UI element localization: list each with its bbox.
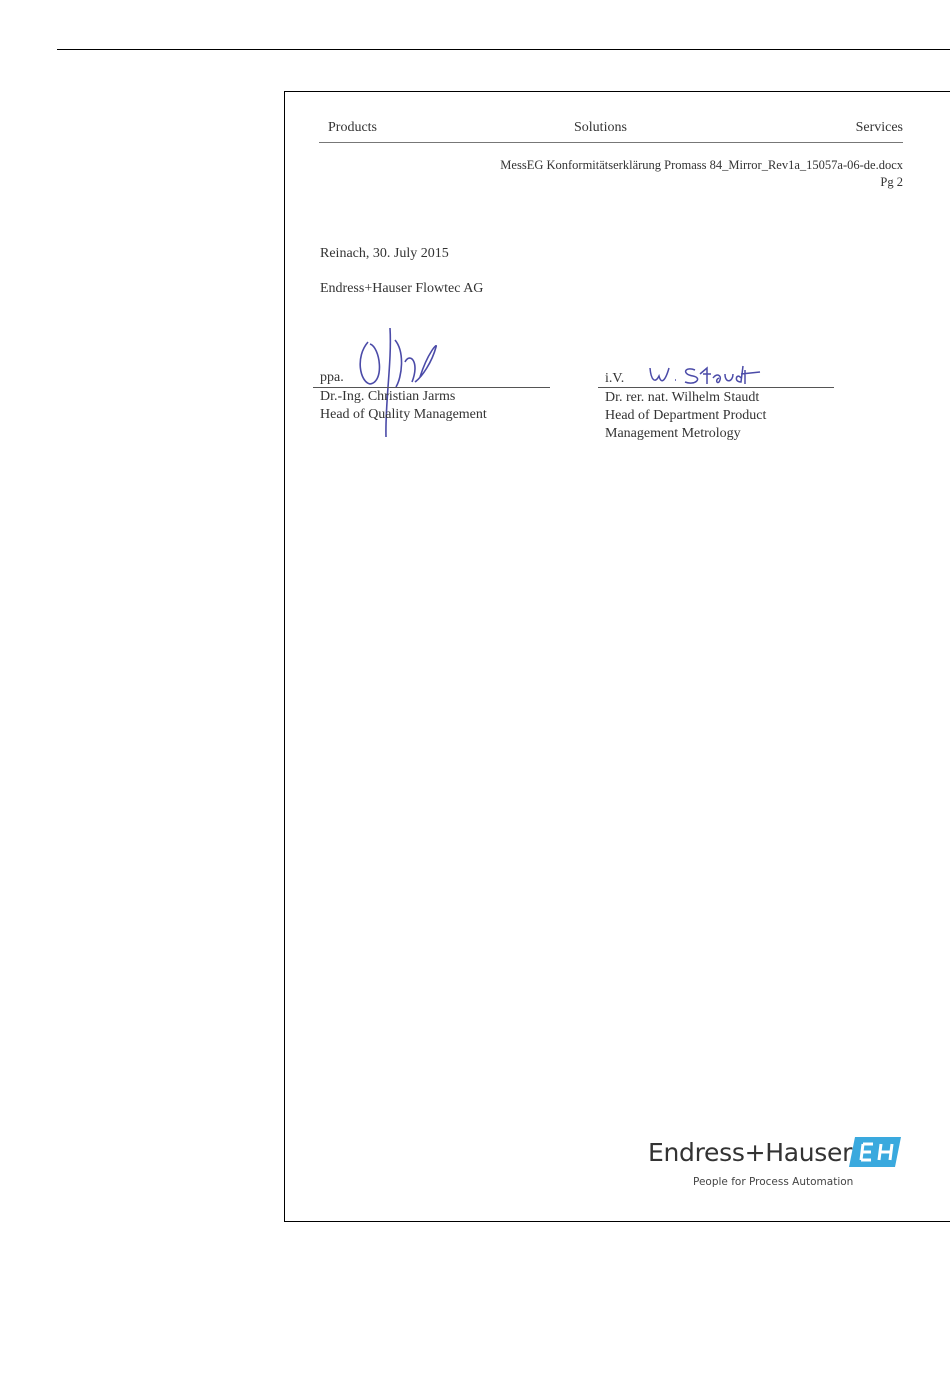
signatory-2-title-2: Management Metrology bbox=[605, 425, 741, 443]
file-reference: MessEG Konformitätserklärung Promass 84_… bbox=[500, 157, 903, 191]
header-solutions: Solutions bbox=[574, 120, 627, 136]
file-name: MessEG Konformitätserklärung Promass 84_… bbox=[500, 157, 903, 174]
signatory-1-title: Head of Quality Management bbox=[320, 406, 487, 424]
signatory-1-name: Dr.-Ing. Christian Jarms bbox=[320, 388, 455, 406]
eh-logo-icon bbox=[849, 1137, 901, 1167]
signatory-2-title-1: Head of Department Product bbox=[605, 407, 766, 425]
signature-line-2 bbox=[598, 387, 834, 388]
signatory-2-name: Dr. rer. nat. Wilhelm Staudt bbox=[605, 389, 759, 407]
signatory-1-prefix: ppa. bbox=[320, 369, 344, 387]
company-name: Endress+Hauser Flowtec AG bbox=[320, 280, 483, 298]
signature-jarms bbox=[350, 322, 450, 442]
header-services: Services bbox=[856, 120, 903, 136]
page-top-rule bbox=[57, 49, 950, 50]
signature-staudt bbox=[645, 360, 770, 390]
header-products: Products bbox=[328, 120, 377, 136]
signatory-2-prefix: i.V. bbox=[605, 370, 624, 388]
header-rule bbox=[319, 142, 903, 143]
company-logo-wordmark: Endress+Hauser bbox=[648, 1138, 852, 1167]
company-logo-tagline: People for Process Automation bbox=[693, 1176, 853, 1188]
page-number: Pg 2 bbox=[500, 174, 903, 191]
place-date: Reinach, 30. July 2015 bbox=[320, 245, 449, 263]
